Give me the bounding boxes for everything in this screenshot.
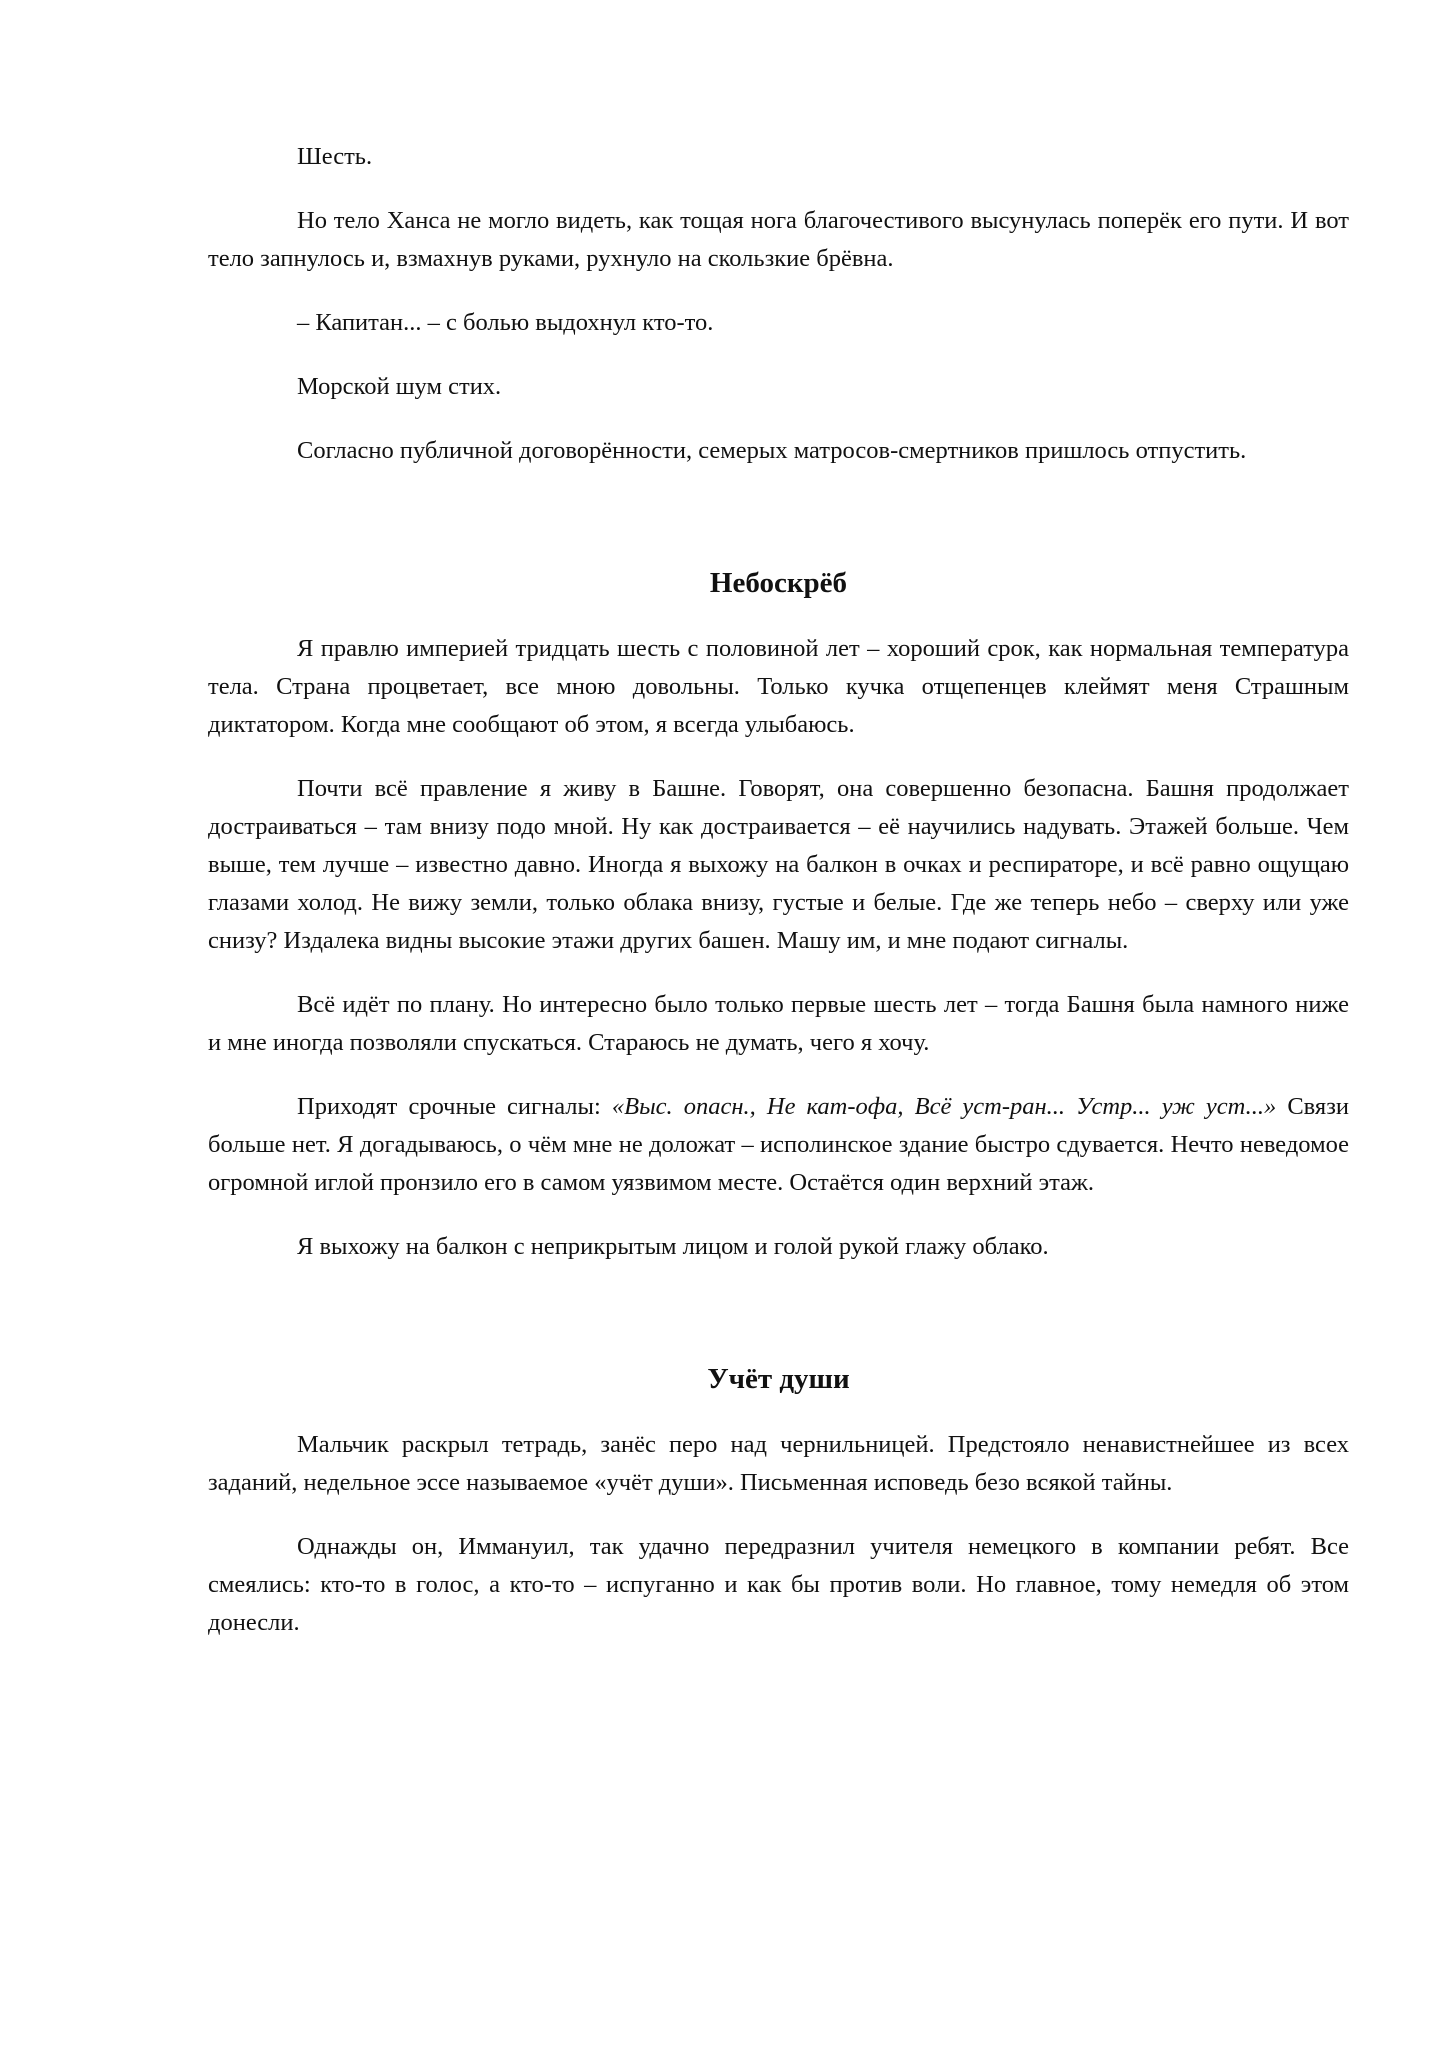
- paragraph: Мальчик раскрыл тетрадь, занёс перо над …: [208, 1426, 1349, 1502]
- section-spacer: [208, 1292, 1349, 1360]
- paragraph: Шесть.: [208, 138, 1349, 176]
- story-title: Учёт души: [208, 1360, 1349, 1398]
- signals-paragraph: Приходят срочные сигналы: «Выс. опасн., …: [208, 1088, 1349, 1202]
- paragraph: Но тело Ханса не могло видеть, как тощая…: [208, 202, 1349, 278]
- title-spacer: [208, 602, 1349, 630]
- paragraph: – Капитан... – с болью выдохнул кто-то.: [208, 304, 1349, 342]
- paragraph: Всё идёт по плану. Но интересно было тол…: [208, 986, 1349, 1062]
- story-title: Небоскрёб: [208, 564, 1349, 602]
- paragraph: Почти всё правление я живу в Башне. Гово…: [208, 770, 1349, 960]
- paragraph: Морской шум стих.: [208, 368, 1349, 406]
- paragraph: Я выхожу на балкон с неприкрытым лицом и…: [208, 1228, 1349, 1266]
- story-soul-account: Учёт души Мальчик раскрыл тетрадь, занёс…: [208, 1360, 1349, 1642]
- section-spacer: [208, 496, 1349, 564]
- document-page: Шесть. Но тело Ханса не могло видеть, ка…: [208, 138, 1349, 1668]
- paragraph: Я правлю империей тридцать шесть с полов…: [208, 630, 1349, 744]
- paragraph: Однажды он, Иммануил, так удачно передра…: [208, 1528, 1349, 1642]
- prior-story-ending: Шесть. Но тело Ханса не могло видеть, ка…: [208, 138, 1349, 470]
- signals-quote: «Выс. опасн., Не кат-офа, Всё уст-ран...…: [612, 1093, 1276, 1120]
- title-spacer: [208, 1398, 1349, 1426]
- signals-lead: Приходят срочные сигналы:: [297, 1093, 612, 1120]
- paragraph: Согласно публичной договорённости, семер…: [208, 432, 1349, 470]
- story-skyscraper: Небоскрёб Я правлю империей тридцать шес…: [208, 564, 1349, 1266]
